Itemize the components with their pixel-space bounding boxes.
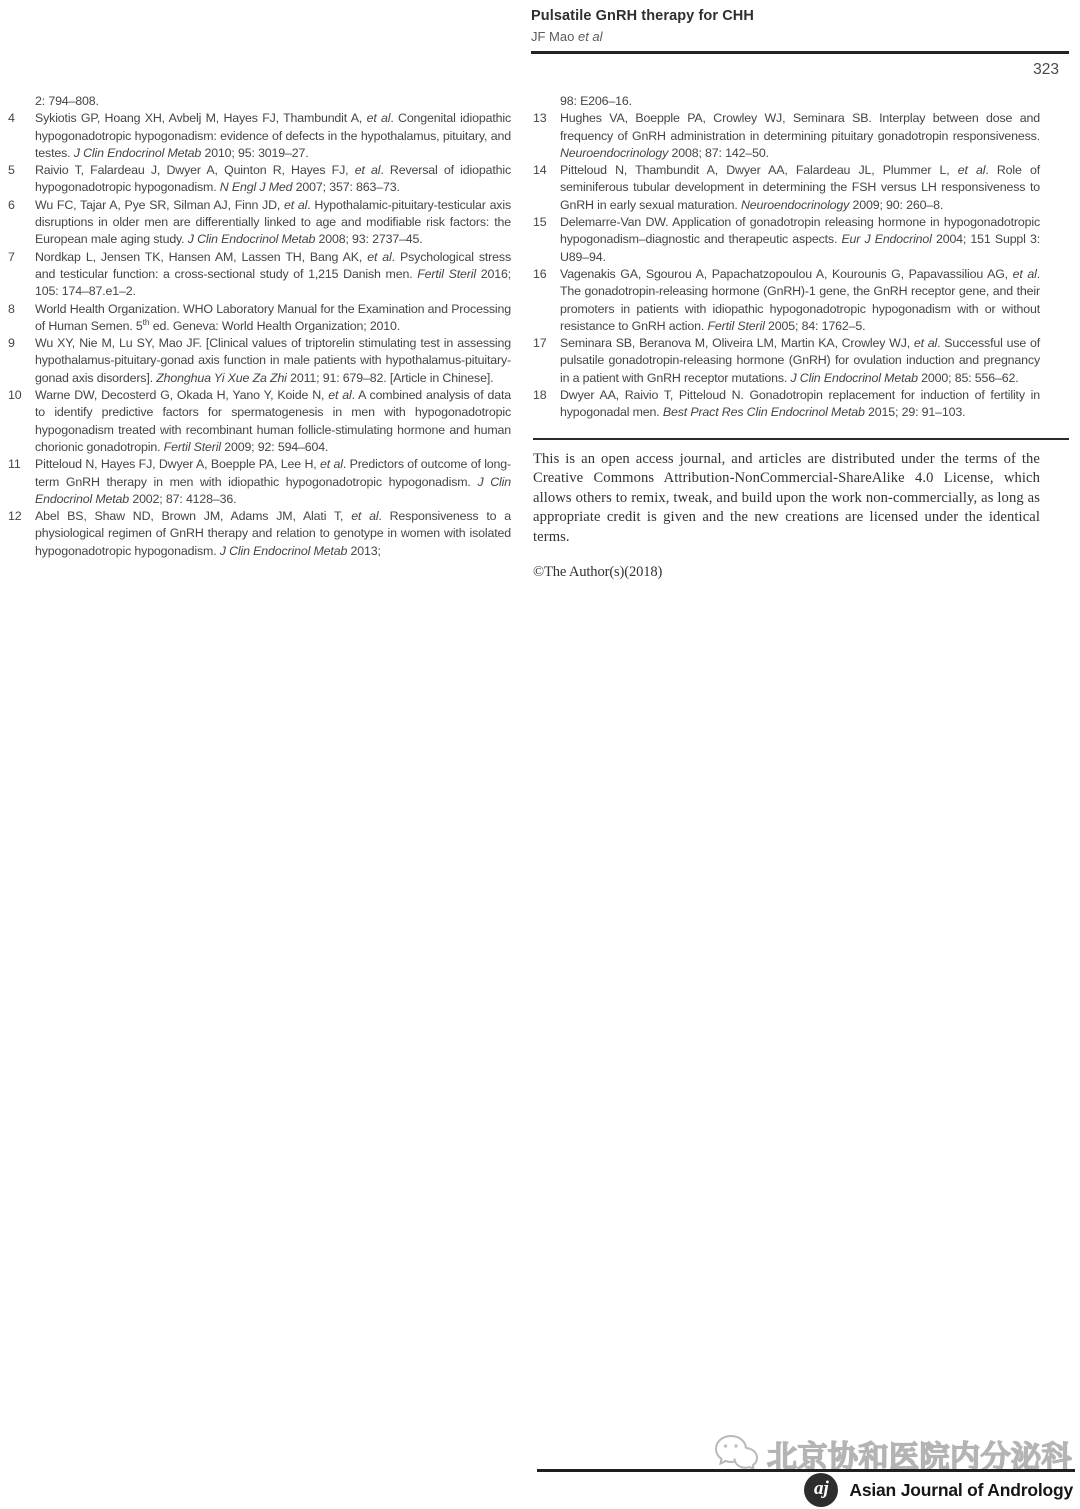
reference-number: 9 (8, 335, 35, 387)
article-authors: JF Mao et al (531, 29, 1069, 44)
reference-text: Vagenakis GA, Sgourou A, Papachatzopoulo… (560, 266, 1040, 335)
reference-text: Seminara SB, Beranova M, Oliveira LM, Ma… (560, 335, 1040, 387)
reference-text: Pitteloud N, Hayes FJ, Dwyer A, Boepple … (35, 456, 511, 508)
journal-page: Pulsatile GnRH therapy for CHH JF Mao et… (0, 0, 1080, 1509)
copyright-line: ©The Author(s)(2018) (533, 564, 1040, 581)
reference-list-left: 4Sykiotis GP, Hoang XH, Avbelj M, Hayes … (8, 110, 511, 560)
reference-number: 15 (533, 214, 560, 266)
reference-carryover: 2: 794–808. (8, 93, 511, 110)
journal-name: Asian Journal of Andrology (849, 1480, 1073, 1501)
reference-number: 11 (8, 456, 35, 508)
reference-item: 4Sykiotis GP, Hoang XH, Avbelj M, Hayes … (8, 110, 511, 162)
reference-list-right: 13Hughes VA, Boepple PA, Crowley WJ, Sem… (533, 110, 1040, 421)
reference-number: 17 (533, 335, 560, 387)
reference-number: 5 (8, 162, 35, 197)
footer-rule (537, 1469, 1075, 1472)
reference-item: 16Vagenakis GA, Sgourou A, Papachatzopou… (533, 266, 1040, 335)
open-access-statement: This is an open access journal, and arti… (533, 450, 1040, 548)
reference-number: 14 (533, 162, 560, 214)
reference-item: 9Wu XY, Nie M, Lu SY, Mao JF. [Clinical … (8, 335, 511, 387)
reference-text: World Health Organization. WHO Laborator… (35, 301, 511, 336)
reference-text: Delemarre-Van DW. Application of gonadot… (560, 214, 1040, 266)
references-column-left: 2: 794–808. 4Sykiotis GP, Hoang XH, Avbe… (8, 93, 511, 560)
reference-text: Warne DW, Decosterd G, Okada H, Yano Y, … (35, 387, 511, 456)
reference-item: 17Seminara SB, Beranova M, Oliveira LM, … (533, 335, 1040, 387)
license-rule (533, 438, 1069, 440)
reference-item: 8World Health Organization. WHO Laborato… (8, 301, 511, 336)
reference-item: 12Abel BS, Shaw ND, Brown JM, Adams JM, … (8, 508, 511, 560)
reference-text: Abel BS, Shaw ND, Brown JM, Adams JM, Al… (35, 508, 511, 560)
reference-text: Wu FC, Tajar A, Pye SR, Silman AJ, Finn … (35, 197, 511, 249)
reference-text: Hughes VA, Boepple PA, Crowley WJ, Semin… (560, 110, 1040, 162)
header-rule (531, 51, 1069, 54)
author-etal: et al (578, 29, 603, 44)
reference-text: Nordkap L, Jensen TK, Hansen AM, Lassen … (35, 249, 511, 301)
reference-item: 5Raivio T, Falardeau J, Dwyer A, Quinton… (8, 162, 511, 197)
author-name: JF Mao (531, 29, 578, 44)
running-head: Pulsatile GnRH therapy for CHH JF Mao et… (531, 8, 1069, 79)
reference-number: 6 (8, 197, 35, 249)
logo-monogram: aj (814, 1478, 829, 1500)
journal-logo: aj (804, 1473, 838, 1507)
reference-item: 6Wu FC, Tajar A, Pye SR, Silman AJ, Finn… (8, 197, 511, 249)
reference-item: 11Pitteloud N, Hayes FJ, Dwyer A, Boeppl… (8, 456, 511, 508)
reference-number: 12 (8, 508, 35, 560)
reference-item: 18Dwyer AA, Raivio T, Pitteloud N. Gonad… (533, 387, 1040, 422)
reference-item: 15Delemarre-Van DW. Application of gonad… (533, 214, 1040, 266)
reference-text: Raivio T, Falardeau J, Dwyer A, Quinton … (35, 162, 511, 197)
reference-number: 7 (8, 249, 35, 301)
reference-carryover: 98: E206–16. (533, 93, 1040, 110)
reference-number: 4 (8, 110, 35, 162)
reference-number: 10 (8, 387, 35, 456)
reference-item: 7Nordkap L, Jensen TK, Hansen AM, Lassen… (8, 249, 511, 301)
reference-text: Dwyer AA, Raivio T, Pitteloud N. Gonadot… (560, 387, 1040, 422)
reference-item: 10Warne DW, Decosterd G, Okada H, Yano Y… (8, 387, 511, 456)
page-number: 323 (531, 61, 1069, 79)
reference-number: 13 (533, 110, 560, 162)
reference-number: 16 (533, 266, 560, 335)
reference-number: 18 (533, 387, 560, 422)
reference-item: 14Pitteloud N, Thambundit A, Dwyer AA, F… (533, 162, 1040, 214)
reference-number: 8 (8, 301, 35, 336)
journal-brand: aj Asian Journal of Andrology (804, 1473, 1073, 1507)
references-column-right: 98: E206–16. 13Hughes VA, Boepple PA, Cr… (533, 93, 1040, 581)
reference-text: Pitteloud N, Thambundit A, Dwyer AA, Fal… (560, 162, 1040, 214)
article-title: Pulsatile GnRH therapy for CHH (531, 8, 1069, 24)
reference-text: Wu XY, Nie M, Lu SY, Mao JF. [Clinical v… (35, 335, 511, 387)
reference-text: Sykiotis GP, Hoang XH, Avbelj M, Hayes F… (35, 110, 511, 162)
reference-item: 13Hughes VA, Boepple PA, Crowley WJ, Sem… (533, 110, 1040, 162)
